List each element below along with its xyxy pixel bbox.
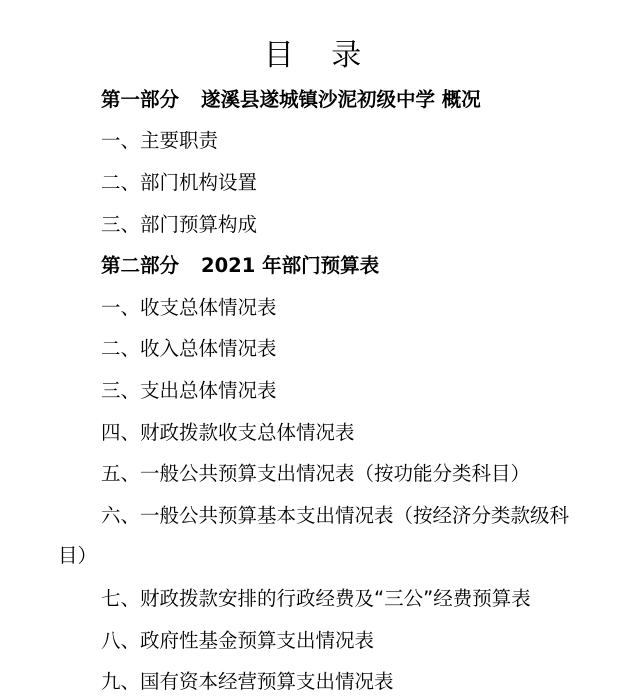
toc-item: 二、收入总体情况表: [101, 336, 277, 362]
part-title: 遂溪县遂城镇沙泥初级中学 概况: [201, 88, 481, 111]
toc-part-2: 第二部分2021 年部门预算表: [101, 253, 379, 279]
toc-item: 七、财政拨款安排的行政经费及“三公”经费预算表: [101, 586, 531, 612]
toc-item: 六、一般公共预算基本支出情况表（按经济分类款级科: [101, 503, 569, 529]
toc-item: 三、支出总体情况表: [101, 378, 277, 404]
toc-item: 五、一般公共预算支出情况表（按功能分类科目）: [101, 461, 530, 487]
part-title: 2021 年部门预算表: [201, 254, 379, 277]
toc-item: 九、国有资本经营预算支出情况表: [101, 669, 394, 695]
part-label: 第二部分: [101, 254, 179, 277]
toc-item: 一、主要职责: [101, 128, 218, 154]
toc-item: 四、财政拨款收支总体情况表: [101, 420, 355, 446]
toc-item-continuation: 目）: [58, 543, 97, 569]
part-label: 第一部分: [101, 88, 179, 111]
toc-item: 八、政府性基金预算支出情况表: [101, 628, 374, 654]
toc-item: 三、部门预算构成: [101, 212, 257, 238]
toc-item: 一、收支总体情况表: [101, 295, 277, 321]
toc-part-1: 第一部分遂溪县遂城镇沙泥初级中学 概况: [101, 87, 481, 113]
toc-item: 二、部门机构设置: [101, 170, 257, 196]
page-title: 目 录: [0, 36, 639, 76]
